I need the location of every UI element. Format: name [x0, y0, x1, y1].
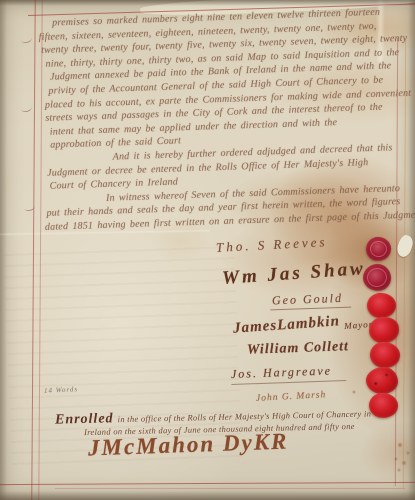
margin-rule-left-outer: [31, 0, 35, 500]
wax-seal-1: [365, 236, 392, 262]
margin-mark: [20, 103, 33, 113]
margin-rule-bottom-faint: [55, 488, 405, 489]
signature-gould: Geo Gould: [270, 291, 352, 311]
margin-rule-bottom: [0, 482, 415, 485]
pencil-word-count-note: 14 Words: [44, 385, 79, 395]
manuscript-scan: premises so marked numbers eight nine te…: [0, 0, 415, 500]
wax-seal-6: [365, 366, 398, 395]
photo-edge-bottom: [0, 491, 415, 500]
enrolled-lead-word: Enrolled: [55, 411, 114, 427]
margin-mark: [20, 34, 33, 44]
signature-wm-jas-shaw: Wm Jas Shaw: [221, 258, 366, 290]
wax-seal-3: [366, 292, 397, 319]
margin-rule-right-outer: [403, 40, 406, 488]
wax-seal-5: [368, 340, 402, 370]
wax-seal-2: [361, 262, 392, 293]
signature-mcmahon-deputy-keeper: JMcMahon DyKR: [88, 429, 289, 462]
photo-edge-left: [0, 0, 7, 500]
manuscript-body: premises so marked numbers eight nine te…: [38, 5, 400, 234]
signature-john-marsh: John G. Marsh: [256, 390, 327, 404]
signature-lambkin-name: JamesLambkin: [233, 313, 341, 336]
signature-tho-s-reeves: Tho. S Reeves: [216, 234, 328, 256]
signature-william-collett: William Collett: [247, 339, 349, 359]
signature-jos-hargreave: Jos. Hargreave: [231, 363, 347, 385]
signature-lambkin-mayor: JamesLambkinMayor: [233, 311, 370, 337]
